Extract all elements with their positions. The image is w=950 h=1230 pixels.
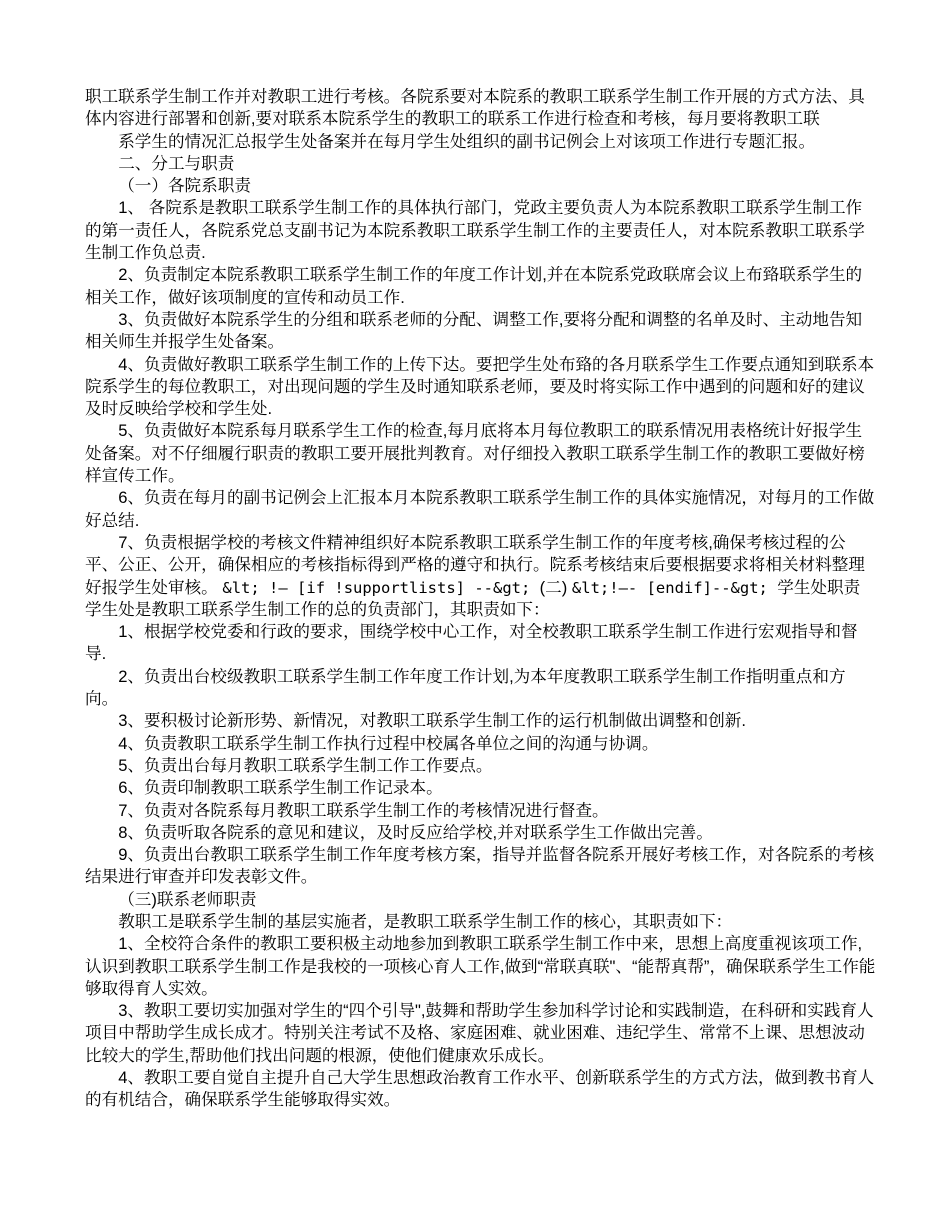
teacher-duty-4: 4、教职工要自觉自主提升自己大学生思想政治教育工作水平、创新联系学生的方式方法，… [85, 1067, 877, 1112]
paragraph-text-run: 1、 各院系是教职工联系学生制工作的具体执行部门，党政主要负责人为本院系教职工联… [85, 198, 865, 262]
dept-duty-7: 7、负责根据学校的考核文件精神组织好本院系教职工联系学生制工作的年度考核,确保考… [85, 532, 877, 621]
heading-section-one: （一）各院系职责 [85, 175, 877, 197]
office-duty-6: 6、负责印制教职工联系学生制工作记录本。 [85, 777, 877, 799]
dept-duty-1: 1、 各院系是教职工联系学生制工作的具体执行部门，党政主要负责人为本院系教职工联… [85, 197, 877, 264]
paragraph-text-run: 4、教职工要自觉自主提升自己大学生思想政治教育工作水平、创新联系学生的方式方法，… [85, 1068, 874, 1109]
paragraph-text-run: 教职工是联系学生制的基层实施者，是教职工联系学生制工作的核心，其职责如下： [118, 912, 732, 931]
teacher-duty-1: 1、全校符合条件的教职工要积极主动地参加到教职工联系学生制工作中来，思想上高度重… [85, 933, 877, 1000]
office-duty-3: 3、要积极讨论新形势、新情况，对教职工联系学生制工作的运行机制做出调整和创新. [85, 710, 877, 732]
paragraph-text-run: 系学生的情况汇总报学生处备案并在每月学生处组织的副书记例会上对该项工作进行专题汇… [118, 132, 815, 151]
html-comment-artifact-text: &lt;!—- [endif]--&gt; [572, 579, 777, 597]
paragraph-text-run: 2、负责出台校级教职工联系学生制工作年度工作计划,为本年度教职工联系学生制工作指… [85, 667, 846, 708]
heading-section-three: （三)联系老师职责 [85, 889, 877, 911]
office-duty-2: 2、负责出台校级教职工联系学生制工作年度工作计划,为本年度教职工联系学生制工作指… [85, 666, 877, 711]
paragraph-text-run: 3、负责做好本院系学生的分组和联系老师的分配、调整工作,要将分配和调整的名单及时… [85, 310, 862, 351]
paragraph-text-run: 1、全校符合条件的教职工要积极主动地参加到教职工联系学生制工作中来，思想上高度重… [85, 934, 875, 998]
paragraph-text-run: 职工联系学生制工作并对教职工进行考核。各院系要对本院系的教职工联系学生制工作开展… [85, 87, 865, 128]
dept-duty-6: 6、负责在每月的副书记例会上汇报本月本院系教职工联系学生制工作的具体实施情况，对… [85, 487, 877, 532]
office-duty-7: 7、负责对各院系每月教职工联系学生制工作的考核情况进行督查。 [85, 800, 877, 822]
para-intro-wrap: 系学生的情况汇总报学生处备案并在每月学生处组织的副书记例会上对该项工作进行专题汇… [85, 131, 877, 153]
para-intro-continuation: 职工联系学生制工作并对教职工进行考核。各院系要对本院系的教职工联系学生制工作开展… [85, 86, 877, 131]
paragraph-text-run: 6、负责在每月的副书记例会上汇报本月本院系教职工联系学生制工作的具体实施情况，对… [85, 488, 874, 529]
dept-duty-4: 4、负责做好教职工联系学生制工作的上传下达。要把学生处布臵的各月联系学生工作要点… [85, 354, 877, 421]
html-comment-artifact-text: &lt; !— [if !supportlists] --&gt; [222, 579, 539, 597]
teacher-duty-intro: 教职工是联系学生制的基层实施者，是教职工联系学生制工作的核心，其职责如下： [85, 911, 877, 933]
office-duty-8: 8、负责听取各院系的意见和建议，及时反应给学校,并对联系学生工作做出完善。 [85, 822, 877, 844]
paragraph-text-run: 二、分工与职责 [118, 154, 234, 173]
heading-part-two: 二、分工与职责 [85, 153, 877, 175]
paragraph-text-run: 3、要积极讨论新形势、新情况，对教职工联系学生制工作的运行机制做出调整和创新. [118, 711, 746, 730]
office-duty-1: 1、根据学校党委和行政的要求，围绕学校中心工作，对全校教职工联系学生制工作进行宏… [85, 621, 877, 666]
paragraph-text-run: （一）各院系职责 [118, 176, 251, 195]
paragraph-text-run: 3、教职工要切实加强对学生的“四个引导",鼓舞和帮助学生参加科学讨论和实践制造，… [85, 1001, 874, 1065]
paragraph-text-run: 4、负责教职工联系学生制工作执行过程中校属各单位之间的沟通与协调。 [118, 734, 658, 753]
office-duty-9: 9、负责出台教职工联系学生制工作年度考核方案，指导并监督各院系开展好考核工作，对… [85, 844, 877, 889]
document-page: 职工联系学生制工作并对教职工进行考核。各院系要对本院系的教职工联系学生制工作开展… [0, 0, 950, 1230]
paragraph-text-run: 1、根据学校党委和行政的要求，围绕学校中心工作，对全校教职工联系学生制工作进行宏… [85, 622, 858, 663]
dept-duty-5: 5、负责做好本院系每月联系学生工作的检查,每月底将本月每位教职工的联系情况用表格… [85, 420, 877, 487]
paragraph-text-run: (二) [540, 578, 572, 597]
paragraph-text-run: 7、负责对各院系每月教职工联系学生制工作的考核情况进行督查。 [118, 801, 608, 820]
paragraph-text-run: 2、负责制定本院系教职工联系学生制工作的年度工作计划,并在本院系党政联席会议上布… [85, 265, 862, 306]
paragraph-text-run: 9、负责出台教职工联系学生制工作年度考核方案，指导并监督各院系开展好考核工作，对… [85, 845, 874, 886]
dept-duty-3: 3、负责做好本院系学生的分组和联系老师的分配、调整工作,要将分配和调整的名单及时… [85, 309, 877, 354]
dept-duty-2: 2、负责制定本院系教职工联系学生制工作的年度工作计划,并在本院系党政联席会议上布… [85, 264, 877, 309]
paragraph-text-run: 5、负责出台每月教职工联系学生制工作工作要点。 [118, 756, 492, 775]
office-duty-4: 4、负责教职工联系学生制工作执行过程中校属各单位之间的沟通与协调。 [85, 733, 877, 755]
paragraph-text-run: 8、负责听取各院系的意见和建议，及时反应给学校,并对联系学生工作做出完善。 [118, 823, 713, 842]
paragraph-text-run: 4、负责做好教职工联系学生制工作的上传下达。要把学生处布臵的各月联系学生工作要点… [85, 355, 874, 419]
paragraph-text-run: （三)联系老师职责 [118, 890, 256, 909]
document-body: 职工联系学生制工作并对教职工进行考核。各院系要对本院系的教职工联系学生制工作开展… [85, 86, 877, 1112]
office-duty-5: 5、负责出台每月教职工联系学生制工作工作要点。 [85, 755, 877, 777]
teacher-duty-3: 3、教职工要切实加强对学生的“四个引导",鼓舞和帮助学生参加科学讨论和实践制造，… [85, 1000, 877, 1067]
paragraph-text-run: 6、负责印制教职工联系学生制工作记录本。 [118, 778, 443, 797]
paragraph-text-run: 5、负责做好本院系每月联系学生工作的检查,每月底将本月每位教职工的联系情况用表格… [85, 421, 865, 485]
